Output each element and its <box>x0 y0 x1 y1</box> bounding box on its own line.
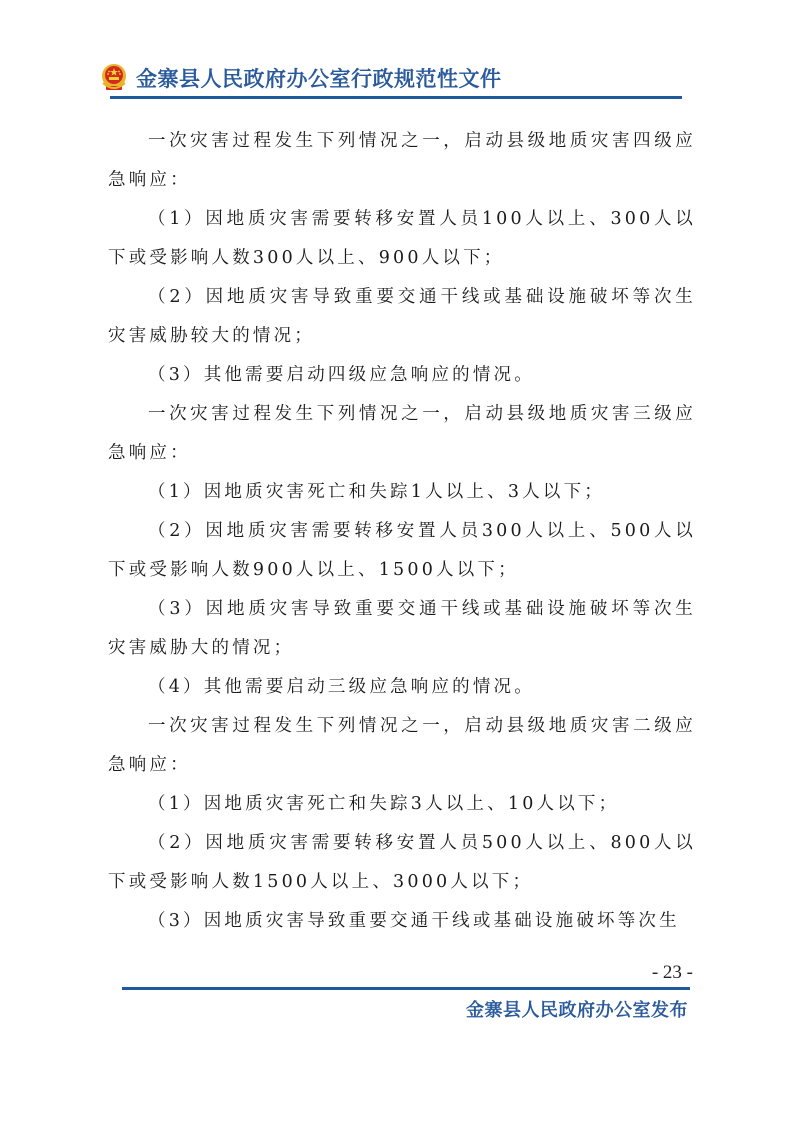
document-body: 一次灾害过程发生下列情况之一，启动县级地质灾害四级应急响应： （1）因地质灾害需… <box>108 122 696 941</box>
paragraph-level3-item4: （4）其他需要启动三级应急响应的情况。 <box>108 668 696 707</box>
footer-publisher: 金寨县人民政府办公室发布 <box>466 996 688 1022</box>
paragraph-level2-item1: （1）因地质灾害死亡和失踪3人以上、10人以下； <box>108 785 696 824</box>
footer-divider <box>122 987 690 990</box>
header-divider <box>110 96 682 99</box>
paragraph-level4-item1: （1）因地质灾害需要转移安置人员100人以上、300人以下或受影响人数300人以… <box>108 200 696 278</box>
paragraph-level3-item2: （2）因地质灾害需要转移安置人员300人以上、500人以下或受影响人数900人以… <box>108 512 696 590</box>
page-number: - 23 - <box>652 962 693 984</box>
document-header-title: 金寨县人民政府办公室行政规范性文件 <box>136 63 502 93</box>
paragraph-level3-item3: （3）因地质灾害导致重要交通干线或基础设施破坏等次生灾害威胁大的情况； <box>108 590 696 668</box>
paragraph-level2-item2: （2）因地质灾害需要转移安置人员500人以上、800人以下或受影响人数1500人… <box>108 824 696 902</box>
paragraph-level2-item3: （3）因地质灾害导致重要交通干线或基础设施破坏等次生 <box>108 902 696 941</box>
paragraph-level4-intro: 一次灾害过程发生下列情况之一，启动县级地质灾害四级应急响应： <box>108 122 696 200</box>
national-emblem-icon <box>100 63 128 93</box>
paragraph-level3-intro: 一次灾害过程发生下列情况之一，启动县级地质灾害三级应急响应： <box>108 395 696 473</box>
paragraph-level3-item1: （1）因地质灾害死亡和失踪1人以上、3人以下； <box>108 473 696 512</box>
paragraph-level4-item2: （2）因地质灾害导致重要交通干线或基础设施破坏等次生灾害威胁较大的情况； <box>108 278 696 356</box>
paragraph-level2-intro: 一次灾害过程发生下列情况之一，启动县级地质灾害二级应急响应： <box>108 707 696 785</box>
paragraph-level4-item3: （3）其他需要启动四级应急响应的情况。 <box>108 356 696 395</box>
document-header: 金寨县人民政府办公室行政规范性文件 <box>100 60 502 96</box>
